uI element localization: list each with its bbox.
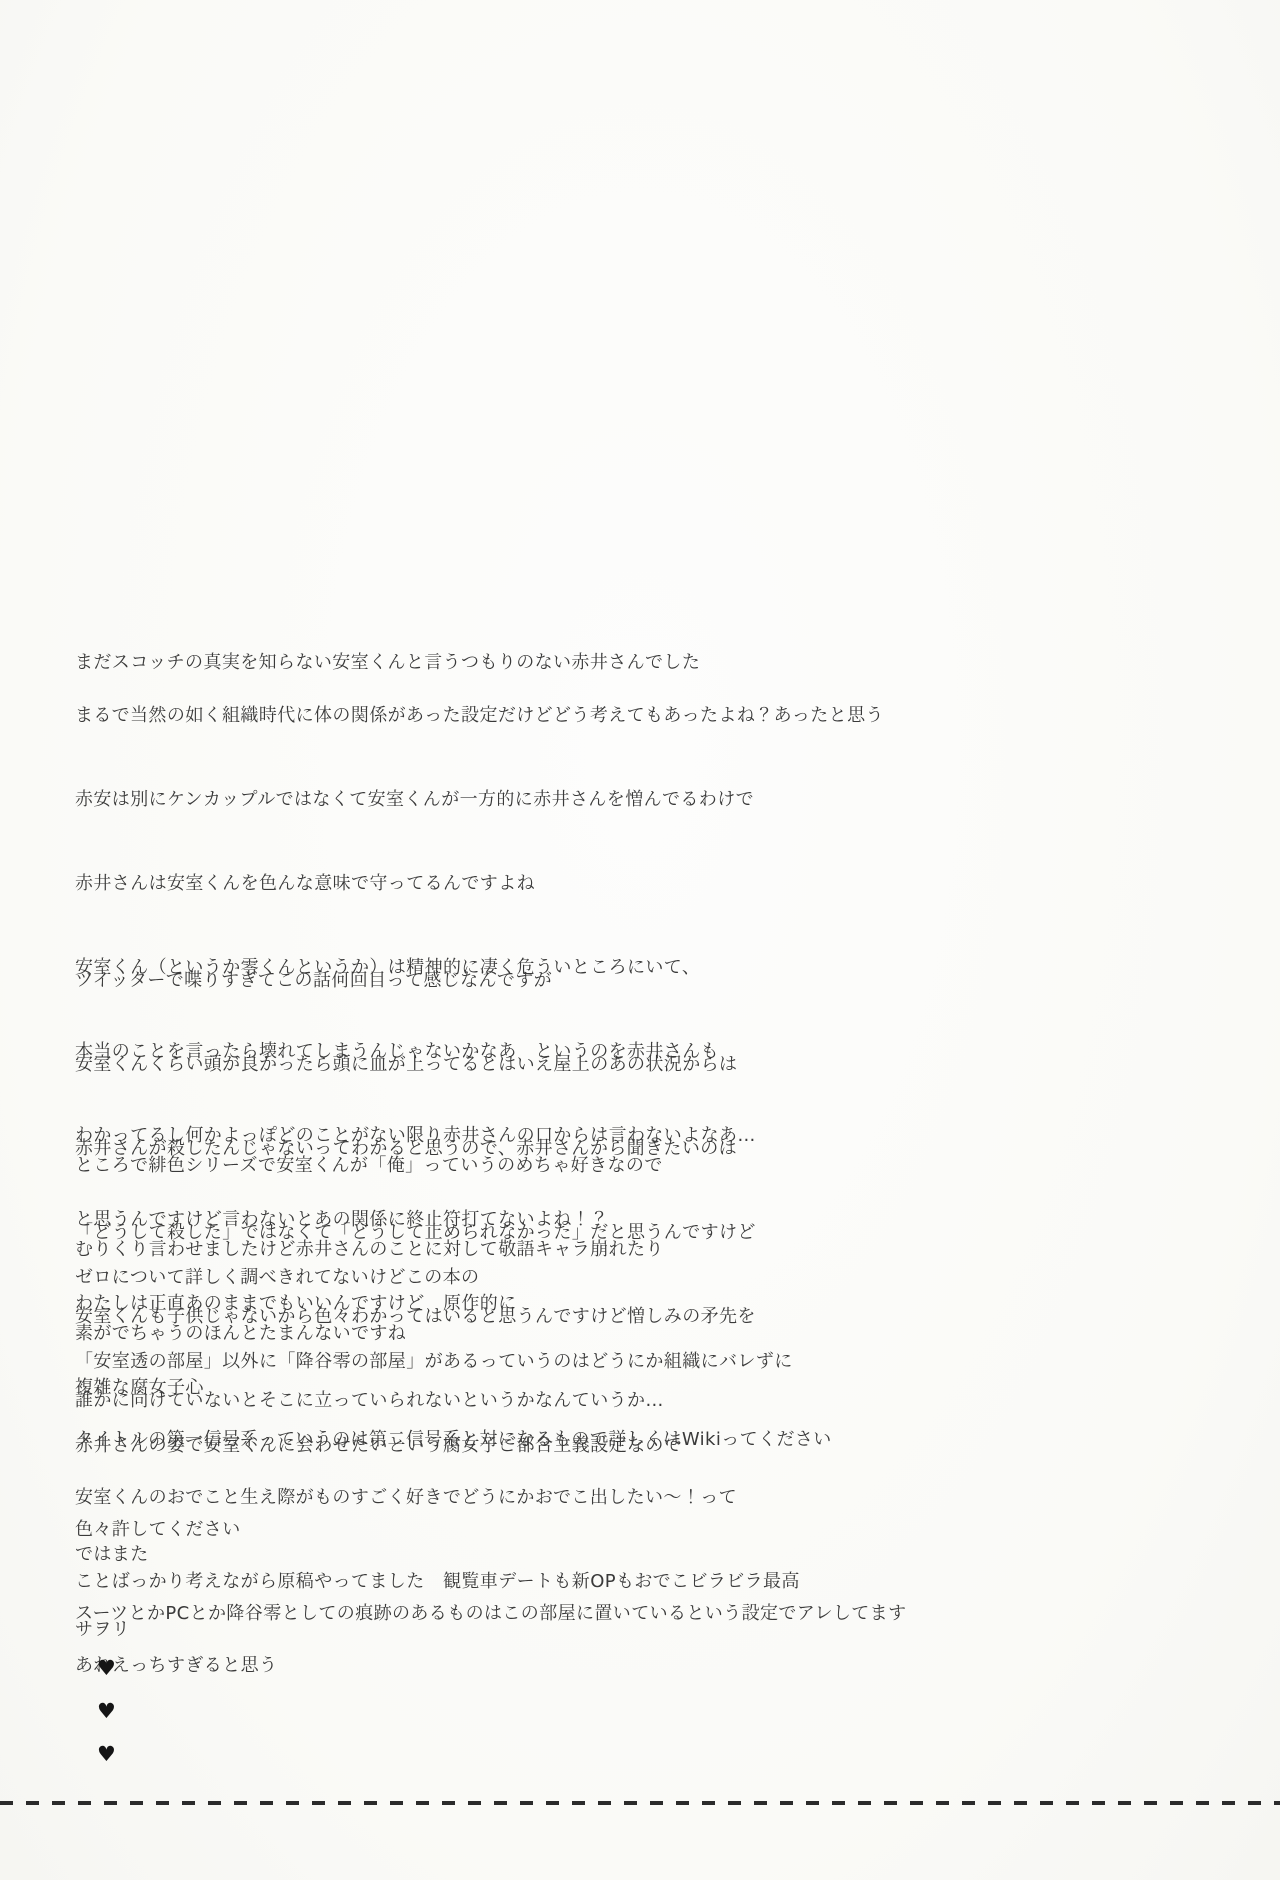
author-name: サヲリ (75, 1616, 1225, 1644)
text-line: 安室くんのおでこと生え際がものすごく好きでどうにかおでこ出したい〜！って (75, 1484, 1225, 1512)
text-line: ツイッターで喋りすぎてこの話何回目って感じなんですが (75, 967, 1225, 995)
text-line: 安室くんくらい頭が良かったら頭に血が上ってるとはいえ屋上のあの状況からは (75, 1051, 1225, 1079)
text-line: ことばっかり考えながら原稿やってました 観覧車デートも新OPもおでこビラビラ最高 (75, 1568, 1225, 1596)
heart-icon: ♥ (97, 1699, 116, 1742)
sign-off-text: ではまた (75, 1541, 1225, 1569)
scanned-afterword-page: まだスコッチの真実を知らない安室くんと言うつもりのない赤井さんでした まるで当然… (0, 0, 1280, 1880)
afterword-paragraph-7: 安室くんのおでこと生え際がものすごく好きでどうにかおでこ出したい〜！って ことば… (75, 1428, 1225, 1736)
heart-icon: ♥ (97, 1656, 116, 1699)
text-line: まるで当然の如く組織時代に体の関係があった設定だけどどう考えてもあったよね？あっ… (75, 702, 1225, 730)
text-line: ところで緋色シリーズで安室くんが「俺」っていうのめちゃ好きなので (75, 1152, 1225, 1180)
dashed-cut-line (0, 1801, 1280, 1805)
text-line: 赤安は別にケンカップルではなくて安室くんが一方的に赤井さんを憎んでるわけで (75, 786, 1225, 814)
text-line: あれえっちすぎると思う (75, 1652, 1225, 1680)
heart-icon: ♥ (97, 1742, 116, 1785)
text-line: 赤井さんは安室くんを色んな意味で守ってるんですよね (75, 870, 1225, 898)
text-line: ゼロについて詳しく調べきれてないけどこの本の (75, 1264, 1225, 1292)
heart-icons-column: ♥ ♥ ♥ (97, 1656, 116, 1785)
